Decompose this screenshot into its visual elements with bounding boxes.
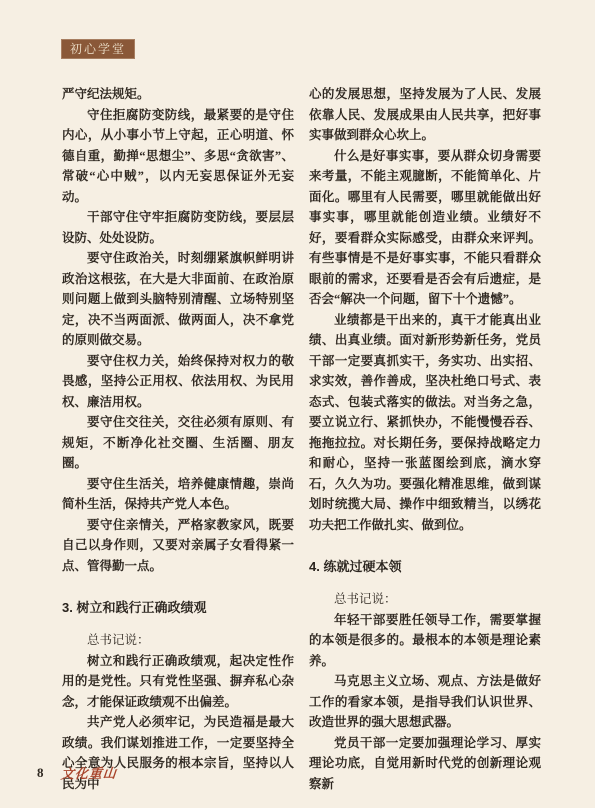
two-column-text-body: 严守纪法规矩。守住拒腐防变防线，最紧要的是守住内心，从小事小节上守起，正心明道、… [62, 84, 541, 794]
body-paragraph: 守住拒腐防变防线，最紧要的是守住内心，从小事小节上守起，正心明道、怀德自重，勤掸… [62, 105, 294, 208]
body-paragraph: 要守住政治关，时刻绷紧旗帜鲜明讲政治这根弦，在大是大非面前、在政治原则问题上做到… [62, 248, 294, 351]
body-paragraph: 总书记说： [62, 630, 294, 651]
section-badge: 初心学堂 [61, 39, 135, 59]
magazine-page: 初心学堂 严守纪法规矩。守住拒腐防变防线，最紧要的是守住内心，从小事小节上守起，… [0, 0, 595, 808]
body-paragraph: 要守住生活关，培养健康情趣，崇尚简朴生活，保持共产党人本色。 [62, 474, 294, 515]
body-paragraph: 总书记说： [309, 589, 541, 610]
body-paragraph: 什么是好事实事，要从群众切身需要来考量，不能主观臆断，不能简单化、片面化。哪里有… [309, 146, 541, 310]
body-paragraph: 心的发展思想，坚持发展为了人民、发展依靠人民、发展成果由人民共享，把好事实事做到… [309, 84, 541, 146]
body-paragraph: 要守住权力关，始终保持对权力的敬畏感，坚持公正用权、依法用权、为民用权、廉洁用权… [62, 351, 294, 413]
body-paragraph: 要守住交往关，交往必须有原则、有规矩，不断净化社交圈、生活圈、朋友圈。 [62, 412, 294, 474]
right-text-column: 心的发展思想，坚持发展为了人民、发展依靠人民、发展成果由人民共享，把好事实事做到… [309, 84, 541, 794]
page-number: 8 [37, 765, 44, 781]
body-paragraph: 干部守住守牢拒腐防变防线，要层层设防、处处设防。 [62, 207, 294, 248]
body-paragraph: 要守住亲情关，严格家教家风，既要自己以身作则，又要对亲属子女看得紧一点、管得勤一… [62, 515, 294, 577]
body-paragraph: 年轻干部要胜任领导工作，需要掌握的本领是很多的。最根本的本领是理论素养。 [309, 610, 541, 672]
body-paragraph: 树立和践行正确政绩观，起决定性作用的是党性。只有党性坚强、摒弃私心杂念，才能保证… [62, 651, 294, 713]
section-heading: 4. 练就过硬本领 [309, 558, 541, 576]
publication-logo-calligraphy: 文化重山 [60, 763, 118, 783]
body-paragraph: 马克思主义立场、观点、方法是做好工作的看家本领，是指导我们认识世界、改造世界的强… [309, 671, 541, 733]
left-text-column: 严守纪法规矩。守住拒腐防变防线，最紧要的是守住内心，从小事小节上守起，正心明道、… [62, 84, 294, 794]
section-heading: 3. 树立和践行正确政绩观 [62, 599, 294, 617]
body-paragraph: 业绩都是干出来的，真干才能真出业绩、出真业绩。面对新形势新任务，党员干部一定要真… [309, 310, 541, 536]
body-paragraph: 严守纪法规矩。 [62, 84, 294, 105]
body-paragraph: 党员干部一定要加强理论学习、厚实理论功底，自觉用新时代党的创新理论观察新 [309, 733, 541, 795]
page-footer: 8 文化重山 [37, 763, 117, 782]
